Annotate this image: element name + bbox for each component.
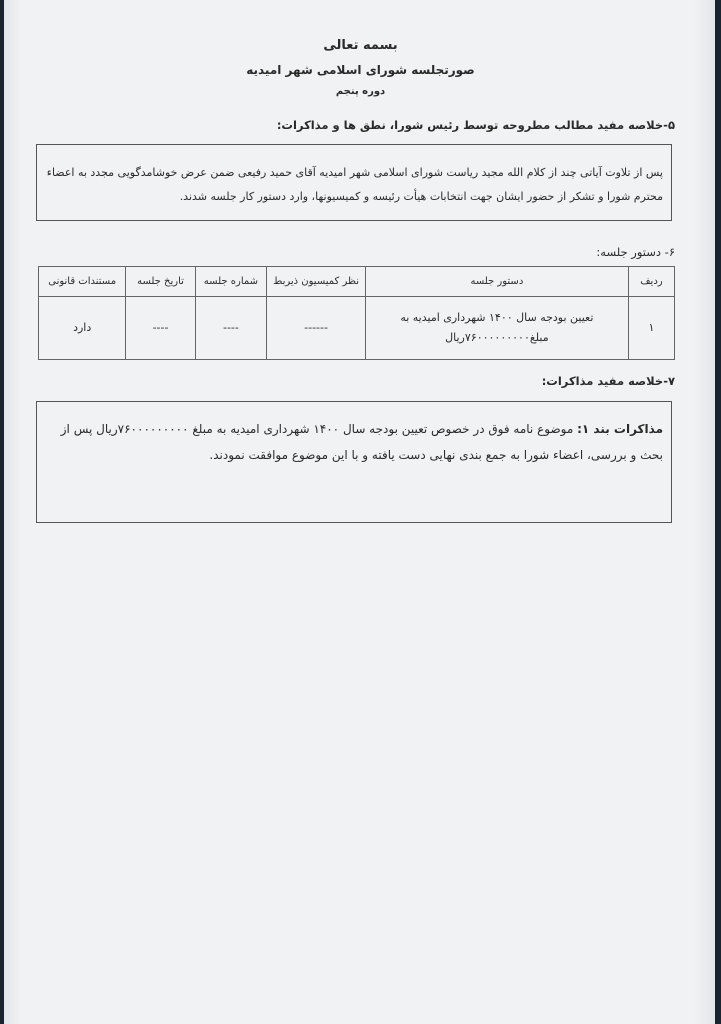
table-row: ۱ تعیین بودجه سال ۱۴۰۰ شهرداری امیدیه به… [39, 297, 675, 360]
document-title: صورتجلسه شورای اسلامی شهر امیدیه [0, 63, 721, 77]
cell-committee-opinion: ------ [267, 297, 366, 360]
section-7-box: مذاکرات بند ۱: موضوع نامه فوق در خصوص تع… [36, 401, 672, 523]
council-term: دوره پنجم [0, 86, 721, 97]
section-6-heading: ۶- دستور جلسه: [596, 245, 675, 259]
section-5-box: پس از تلاوت آیاتی چند از کلام الله مجید … [36, 144, 672, 221]
column-header-legal-basis: مستندات قانونی [39, 267, 126, 297]
cell-legal-basis: دارد [39, 297, 126, 360]
column-header-agenda: دستور جلسه [365, 267, 628, 297]
section-7-heading: ۷-خلاصه مفید مذاکرات: [542, 374, 675, 388]
cell-session-date: ---- [126, 297, 195, 360]
basmala-heading: بسمه تعالی [0, 38, 721, 53]
section-7-text: موضوع نامه فوق در خصوص تعیین بودجه سال ۱… [61, 422, 663, 462]
agenda-table-header: ردیف دستور جلسه نظر کمیسیون ذیربط شماره … [39, 267, 675, 297]
cell-agenda: تعیین بودجه سال ۱۴۰۰ شهرداری امیدیه به م… [365, 297, 628, 360]
column-header-session-date: تاریخ جلسه [126, 267, 195, 297]
cell-session-number: ---- [195, 297, 266, 360]
column-header-row-no: ردیف [628, 267, 674, 297]
clause-label: مذاکرات بند ۱: [577, 422, 663, 436]
column-header-session-number: شماره جلسه [195, 267, 266, 297]
agenda-table: ردیف دستور جلسه نظر کمیسیون ذیربط شماره … [38, 266, 675, 360]
cell-row-no: ۱ [628, 297, 674, 360]
section-5-heading: ۵-خلاصه مفید مطالب مطروحه توسط رئیس شورا… [277, 118, 675, 132]
column-header-committee-opinion: نظر کمیسیون ذیربط [267, 267, 366, 297]
section-5-text: پس از تلاوت آیاتی چند از کلام الله مجید … [47, 166, 663, 203]
